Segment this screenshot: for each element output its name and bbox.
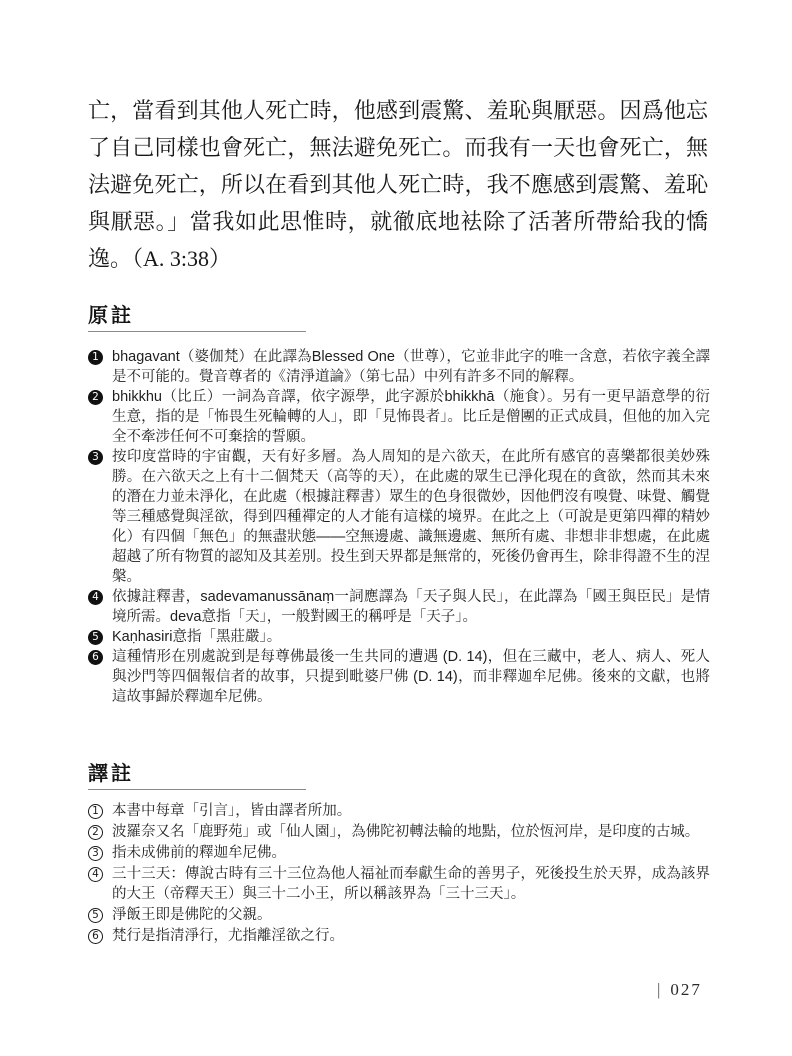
translator-note-5: 5 淨飯王即是佛陀的父親。 [88, 905, 710, 925]
translator-note-3: 3 指未成佛前的釋迦牟尼佛。 [88, 843, 710, 863]
translator-note-6: 6 梵行是指清淨行，尤指離淫欲之行。 [88, 926, 710, 946]
scripture-paragraph: 亡，當看到其他人死亡時，他感到震驚、羞恥與厭惡。因爲他忘了自己同樣也會死亡，無法… [88, 92, 708, 277]
original-notes-heading: 原註 [88, 299, 134, 328]
footer-divider: | [657, 980, 662, 1000]
circled-number-icon: 6 [88, 929, 103, 944]
original-note-1: 1 bhagavant（婆伽梵）在此譯為Blessed One（世尊），它並非此… [88, 347, 710, 387]
page-number: 027 [670, 980, 702, 1000]
original-note-text: 依據註釋書，sadevamanussānaṃ一詞應譯為「天子與人民」，在此譯為「… [112, 587, 710, 627]
filled-circle-number-icon: 4 [88, 590, 103, 605]
translator-note-2: 2 波羅奈又名「鹿野苑」或「仙人園」，為佛陀初轉法輪的地點，位於恆河岸，是印度的… [88, 822, 710, 842]
original-note-4: 4 依據註釋書，sadevamanussānaṃ一詞應譯為「天子與人民」，在此譯… [88, 587, 710, 627]
original-note-text: bhagavant（婆伽梵）在此譯為Blessed One（世尊），它並非此字的… [112, 347, 710, 387]
translator-note-text: 本書中每章「引言」，皆由譯者所加。 [112, 801, 710, 821]
circled-number-icon: 4 [88, 867, 103, 882]
original-note-2: 2 bhikkhu（比丘）一詞為音譯，依字源學，此字源於bhikkhā（施食）。… [88, 387, 710, 447]
original-notes-heading-rule [88, 331, 306, 332]
translator-note-1: 1 本書中每章「引言」，皆由譯者所加。 [88, 801, 710, 821]
translator-notes-heading: 譯註 [88, 757, 134, 786]
original-note-text: Kaṇhasiri意指「黑莊嚴」。 [112, 627, 710, 647]
translator-note-text: 梵行是指清淨行，尤指離淫欲之行。 [112, 926, 710, 946]
original-note-text: bhikkhu（比丘）一詞為音譯，依字源學，此字源於bhikkhā（施食）。另有… [112, 387, 710, 447]
circled-number-icon: 3 [88, 846, 103, 861]
translator-note-4: 4 三十三天：傳說古時有三十三位為他人福祉而奉獻生命的善男子，死後投生於天界，成… [88, 864, 710, 904]
original-notes-list: 1 bhagavant（婆伽梵）在此譯為Blessed One（世尊），它並非此… [88, 347, 710, 707]
circled-number-icon: 5 [88, 908, 103, 923]
translator-note-text: 波羅奈又名「鹿野苑」或「仙人園」，為佛陀初轉法輪的地點，位於恆河岸，是印度的古城… [112, 822, 710, 842]
filled-circle-number-icon: 3 [88, 450, 103, 465]
filled-circle-number-icon: 2 [88, 390, 103, 405]
translator-notes-list: 1 本書中每章「引言」，皆由譯者所加。 2 波羅奈又名「鹿野苑」或「仙人園」，為… [88, 801, 710, 947]
filled-circle-number-icon: 5 [88, 630, 103, 645]
translator-note-text: 三十三天：傳說古時有三十三位為他人福祉而奉獻生命的善男子，死後投生於天界，成為該… [112, 864, 710, 904]
original-note-3: 3 按印度當時的宇宙觀，天有好多層。為人周知的是六欲天，在此所有感官的喜樂都很美… [88, 447, 710, 587]
filled-circle-number-icon: 1 [88, 350, 103, 365]
original-note-6: 6 這種情形在別處說到是每尊佛最後一生共同的遭遇 (D. 14)，但在三藏中，老… [88, 647, 710, 707]
page-footer: | 027 [657, 980, 702, 1000]
filled-circle-number-icon: 6 [88, 650, 103, 665]
translator-note-text: 指未成佛前的釋迦牟尼佛。 [112, 843, 710, 863]
original-note-text: 這種情形在別處說到是每尊佛最後一生共同的遭遇 (D. 14)，但在三藏中，老人、… [112, 647, 710, 707]
original-note-text: 按印度當時的宇宙觀，天有好多層。為人周知的是六欲天，在此所有感官的喜樂都很美妙殊… [112, 447, 710, 587]
circled-number-icon: 2 [88, 825, 103, 840]
book-page: 亡，當看到其他人死亡時，他感到震驚、羞恥與厭惡。因爲他忘了自己同樣也會死亡，無法… [0, 0, 792, 1056]
original-note-5: 5 Kaṇhasiri意指「黑莊嚴」。 [88, 627, 710, 647]
translator-note-text: 淨飯王即是佛陀的父親。 [112, 905, 710, 925]
circled-number-icon: 1 [88, 804, 103, 819]
translator-notes-heading-rule [88, 789, 306, 790]
